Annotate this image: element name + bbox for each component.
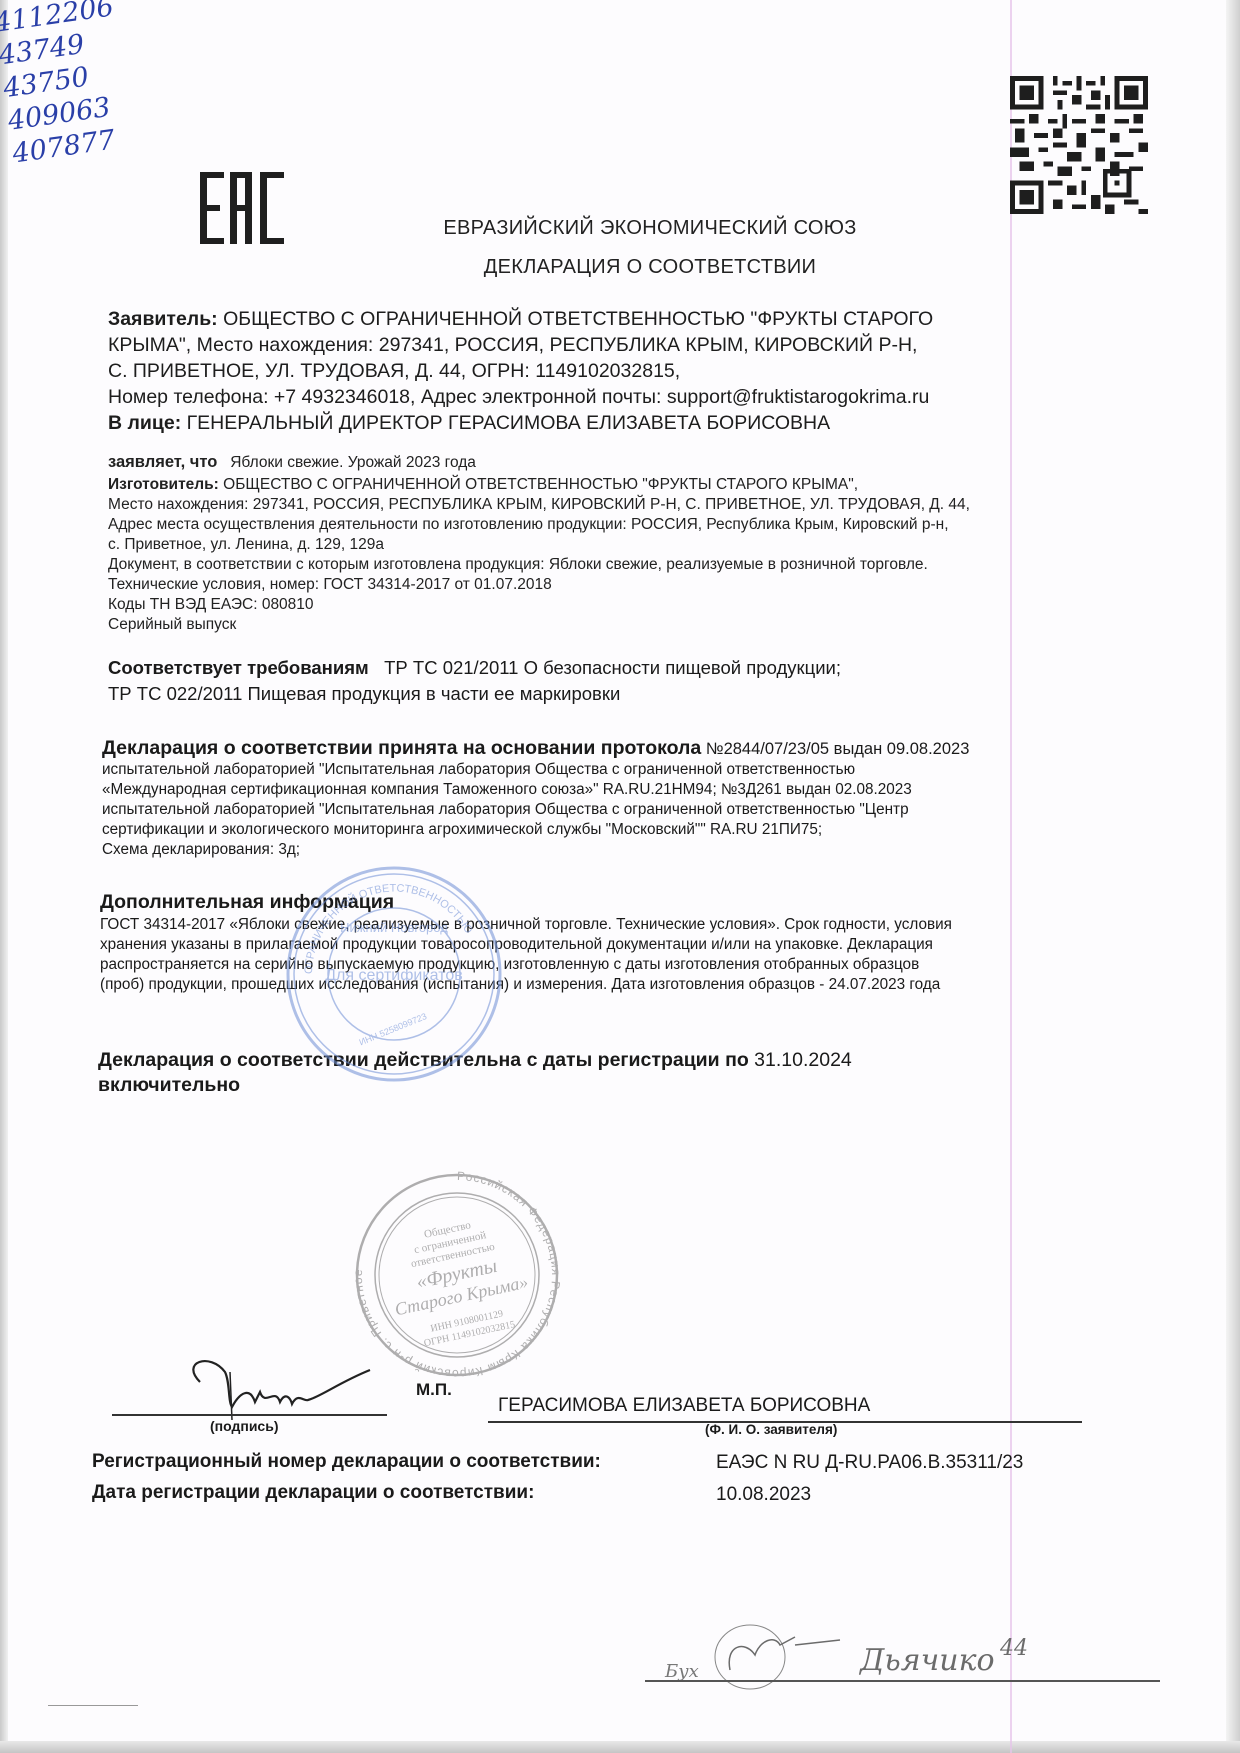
representative-value: ГЕНЕРАЛЬНЫЙ ДИРЕКТОР ГЕРАСИМОВА ЕЛИЗАВЕТ…: [181, 412, 830, 434]
validity-date: 31.10.2024: [749, 1049, 852, 1071]
signer-name: ГЕРАСИМОВА ЕЛИЗАВЕТА БОРИСОВНА: [498, 1395, 870, 1417]
declares-label: заявляет, что: [108, 453, 217, 471]
document-title: ДЕКЛАРАЦИЯ О СООТВЕТСТВИИ: [0, 256, 1240, 279]
production-address-cont: с. Приветное, ул. Ленина, д. 129, 129а: [108, 535, 970, 555]
additional-info-line: хранения указаны в прилагаемой продукции…: [100, 935, 952, 955]
protocol-lab-2: испытательной лабораторией "Испытательна…: [102, 800, 969, 820]
conformity-label: Соответствует требованиям: [108, 657, 369, 678]
applicant-contacts: Номер телефона: +7 4932346018, Адрес эле…: [108, 384, 933, 410]
registration-date-value: 10.08.2023: [716, 1484, 811, 1506]
certification-stamp-icon: ОГРАНИЧЕННОЙ ОТВЕТСТВЕННОСТЬЮ Нижний Нов…: [282, 862, 507, 1087]
accountant-note-icon: Бух Дьячико 44: [645, 1615, 1095, 1690]
tn-ved-codes: Коды ТН ВЭД ЕАЭС: 080810: [108, 595, 970, 615]
svg-text:Для сертификатов: Для сертификатов: [325, 967, 463, 984]
svg-text:Нижний Новгород: Нижний Новгород: [340, 920, 448, 935]
registration-number-label: Регистрационный номер декларации о соотв…: [92, 1451, 601, 1473]
release-type: Серийный выпуск: [108, 615, 970, 635]
product-name: Яблоки свежие. Урожай 2023 года: [217, 454, 476, 471]
footer-rule-left: [48, 1705, 138, 1706]
footer-rule: [645, 1680, 1160, 1682]
protocol-label: Декларация о соответствии принята на осн…: [102, 737, 701, 759]
manufacturer-location: Место нахождения: 297341, РОССИЯ, РЕСПУБ…: [108, 495, 970, 515]
protocol-lab-1-cont: «Международная сертификационная компания…: [102, 780, 969, 800]
applicant-address: КРЫМА", Место нахождения: 297341, РОССИЯ…: [108, 332, 933, 358]
signature-icon: [170, 1352, 410, 1422]
protocol-lab-1: испытательной лабораторией "Испытательна…: [102, 760, 969, 780]
representative-label: В лице:: [108, 412, 181, 434]
scan-bottom-edge: [0, 1741, 1240, 1753]
signature-caption: (подпись): [210, 1418, 279, 1434]
applicant-address-ogrn: С. ПРИВЕТНОЕ, УЛ. ТРУДОВАЯ, Д. 44, ОГРН:…: [108, 358, 933, 384]
manufacturer-value: ОБЩЕСТВО С ОГРАНИЧЕННОЙ ОТВЕТСТВЕННОСТЬЮ…: [219, 476, 858, 493]
technical-conditions: Технические условия, номер: ГОСТ 34314-2…: [108, 575, 970, 595]
applicant-name: ОБЩЕСТВО С ОГРАНИЧЕННОЙ ОТВЕТСТВЕННОСТЬЮ…: [218, 308, 933, 330]
additional-info-section: Дополнительная информация ГОСТ 34314-201…: [100, 890, 952, 995]
applicant-label: Заявитель:: [108, 308, 218, 330]
declaration-section: заявляет, что Яблоки свежие. Урожай 2023…: [108, 452, 970, 635]
regulation-2: ТР ТС 022/2011 Пищевая продукция в части…: [108, 681, 841, 707]
registration-date-label: Дата регистрации декларации о соответств…: [92, 1482, 534, 1504]
handwritten-margin-numbers: 4112206 43749 43750 409063 407877: [0, 0, 102, 169]
name-caption: (Ф. И. О. заявителя): [705, 1422, 837, 1437]
svg-text:44: 44: [999, 1636, 1028, 1661]
regulation-1: ТР ТС 021/2011 О безопасности пищевой пр…: [369, 657, 841, 678]
qr-code-icon[interactable]: [1010, 76, 1148, 214]
svg-text:ИНН 5258099723: ИНН 5258099723: [358, 1011, 429, 1047]
svg-text:Бух: Бух: [664, 1661, 699, 1682]
additional-info-label: Дополнительная информация: [100, 890, 952, 915]
signature-line: [112, 1414, 387, 1416]
protocol-number: №2844/07/23/05 выдан 09.08.2023: [701, 740, 969, 758]
basis-document: Документ, в соответствии с которым изгот…: [108, 555, 970, 575]
protocol-section: Декларация о соответствии принята на осн…: [102, 738, 969, 860]
protocol-lab-2-cont: сертификации и экологического мониторинг…: [102, 820, 969, 840]
applicant-section: Заявитель: ОБЩЕСТВО С ОГРАНИЧЕННОЙ ОТВЕТ…: [108, 306, 933, 436]
registration-number-value: ЕАЭС N RU Д-RU.PA06.B.35311/23: [716, 1452, 1023, 1474]
declaration-scheme: Схема декларирования: 3д;: [102, 840, 969, 860]
svg-text:Дьячико: Дьячико: [858, 1643, 995, 1678]
manufacturer-label: Изготовитель:: [108, 476, 219, 493]
additional-info-line: ГОСТ 34314-2017 «Яблоки свежие, реализуе…: [100, 915, 952, 935]
production-address: Адрес места осуществления деятельности п…: [108, 515, 970, 535]
additional-info-line: распространяется на серийно выпускаемую …: [100, 955, 952, 975]
company-stamp-icon: Российская Федерация Республика Крым Кир…: [352, 1170, 562, 1380]
stamp-place-label: М.П.: [416, 1380, 452, 1400]
conformity-section: Соответствует требованиям ТР ТС 021/2011…: [108, 655, 841, 707]
additional-info-line: (проб) продукции, прошедших исследования…: [100, 975, 952, 995]
union-heading: ЕВРАЗИЙСКИЙ ЭКОНОМИЧЕСКИЙ СОЮЗ: [0, 217, 1240, 240]
